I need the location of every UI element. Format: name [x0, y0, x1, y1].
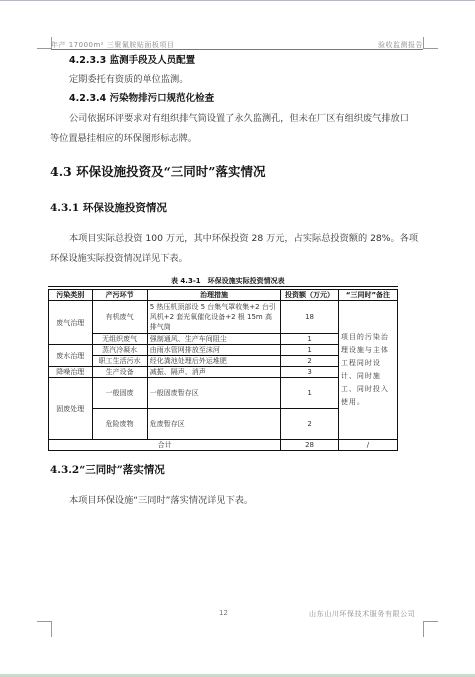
- cell-amount: 1: [281, 378, 339, 409]
- page-header: 年产 17000m² 三聚氰胺贴面板项目 验收监测报告: [51, 40, 423, 50]
- col-header-category: 污染类别: [49, 290, 93, 301]
- cell-source: 危险废物: [92, 409, 147, 440]
- paragraph-monitoring: 定期委托有资质的单位监测。: [69, 71, 188, 85]
- cell-source: 有机废气: [92, 301, 147, 334]
- cell-measure: 危废暂存区: [147, 409, 281, 440]
- cell-source: 无组织废气: [92, 334, 147, 345]
- header-report-type: 验收监测报告: [378, 40, 423, 50]
- cell-source: 蒸汽冷凝水: [92, 345, 147, 356]
- heading-4-2-3-4: 4.2.3.4 污染物排污口规范化检查: [69, 90, 214, 104]
- cell-amount: 18: [281, 301, 339, 334]
- cell-amount: 1: [281, 345, 339, 356]
- crop-mark-bottom-left: [37, 621, 52, 637]
- paragraph-outlet-line2: 等位置悬挂相应的环保图形标志牌。: [50, 130, 197, 144]
- col-header-note: “三同时”备注: [338, 290, 397, 301]
- table-caption: 表 4.3-1 环保设施实际投资情况表: [171, 276, 285, 286]
- cell-measure: 强制通风、生产车间阻尘: [147, 334, 281, 345]
- page-number: 12: [219, 609, 228, 617]
- cell-amount: 2: [281, 356, 339, 367]
- crop-mark-top-left: [37, 37, 52, 49]
- paragraph-outlet-line1: 公司依据环评要求对有组织排气筒设置了永久监测孔，但未在厂区有组织废气排放口: [69, 110, 409, 124]
- page-top-edge: [0, 0, 475, 1]
- cell-three-simultaneous-note: 项目的污染治理设施与主体工程同时设计、同时施工、同时投入使用。: [338, 301, 397, 440]
- cell-total-note: /: [338, 440, 397, 451]
- cell-measure: 5 热压机顶部设 5 台集气罩收集+2 台引风机+2 套光氧催化设备+2 根 1…: [147, 301, 281, 334]
- header-project-name: 年产 17000m² 三聚氰胺贴面板项目: [51, 40, 174, 50]
- col-header-measure: 治理措施: [147, 290, 281, 301]
- paragraph-three-simultaneous: 本项目环保设施“三同时”落实情况详见下表。: [69, 492, 253, 506]
- heading-4-2-3-3: 4.2.3.3 监测手段及人员配置: [69, 52, 195, 66]
- heading-4-3-1: 4.3.1 环保设施投资情况: [50, 200, 167, 215]
- paragraph-investment-line1: 本项目实际总投资 100 万元，其中环保投资 28 万元，占实际总投资额的 28…: [69, 230, 418, 244]
- cell-total-amount: 28: [281, 440, 339, 451]
- table-row: 废气治理 有机废气 5 热压机顶部设 5 台集气罩收集+2 台引风机+2 套光氧…: [49, 301, 398, 334]
- col-header-source: 产污环节: [92, 290, 147, 301]
- cell-category: 废气治理: [49, 301, 93, 345]
- cell-measure: 减振、隔声、消声: [147, 367, 281, 378]
- cell-category: 废水治理: [49, 345, 93, 367]
- cell-source: 职工生活污水: [92, 356, 147, 367]
- cell-measure: 经化粪池处理后外运堆肥: [147, 356, 281, 367]
- col-header-amount: 投资额（万元）: [281, 290, 339, 301]
- table-header-row: 污染类别 产污环节 治理措施 投资额（万元） “三同时”备注: [49, 290, 398, 301]
- cell-amount: 2: [281, 409, 339, 440]
- cell-amount: 3: [281, 367, 339, 378]
- investment-table: 污染类别 产污环节 治理措施 投资额（万元） “三同时”备注 废气治理 有机废气…: [48, 289, 398, 451]
- table-top-rule: [48, 286, 398, 287]
- cell-measure: 一般固废暂存区: [147, 378, 281, 409]
- table-total-row: 合计 28 /: [49, 440, 398, 451]
- paragraph-investment-line2: 环保设施实际投资情况详见下表。: [50, 250, 188, 264]
- cell-category: 固废处理: [49, 378, 93, 440]
- cell-measure: 由雨水管网排放至沫河: [147, 345, 281, 356]
- cell-category: 降噪治理: [49, 367, 93, 378]
- footer-company: 山东山川环保技术服务有限公司: [309, 609, 415, 619]
- cell-source: 生产设备: [92, 367, 147, 378]
- cell-total-label: 合计: [49, 440, 281, 451]
- cell-source: 一般固废: [92, 378, 147, 409]
- crop-mark-bottom-right: [423, 621, 438, 637]
- cell-amount: 1: [281, 334, 339, 345]
- crop-mark-top-right: [423, 37, 438, 49]
- heading-4-3: 4.3 环保设施投资及“三同时”落实情况: [50, 162, 265, 180]
- heading-4-3-2: 4.3.2“三同时”落实情况: [50, 462, 165, 477]
